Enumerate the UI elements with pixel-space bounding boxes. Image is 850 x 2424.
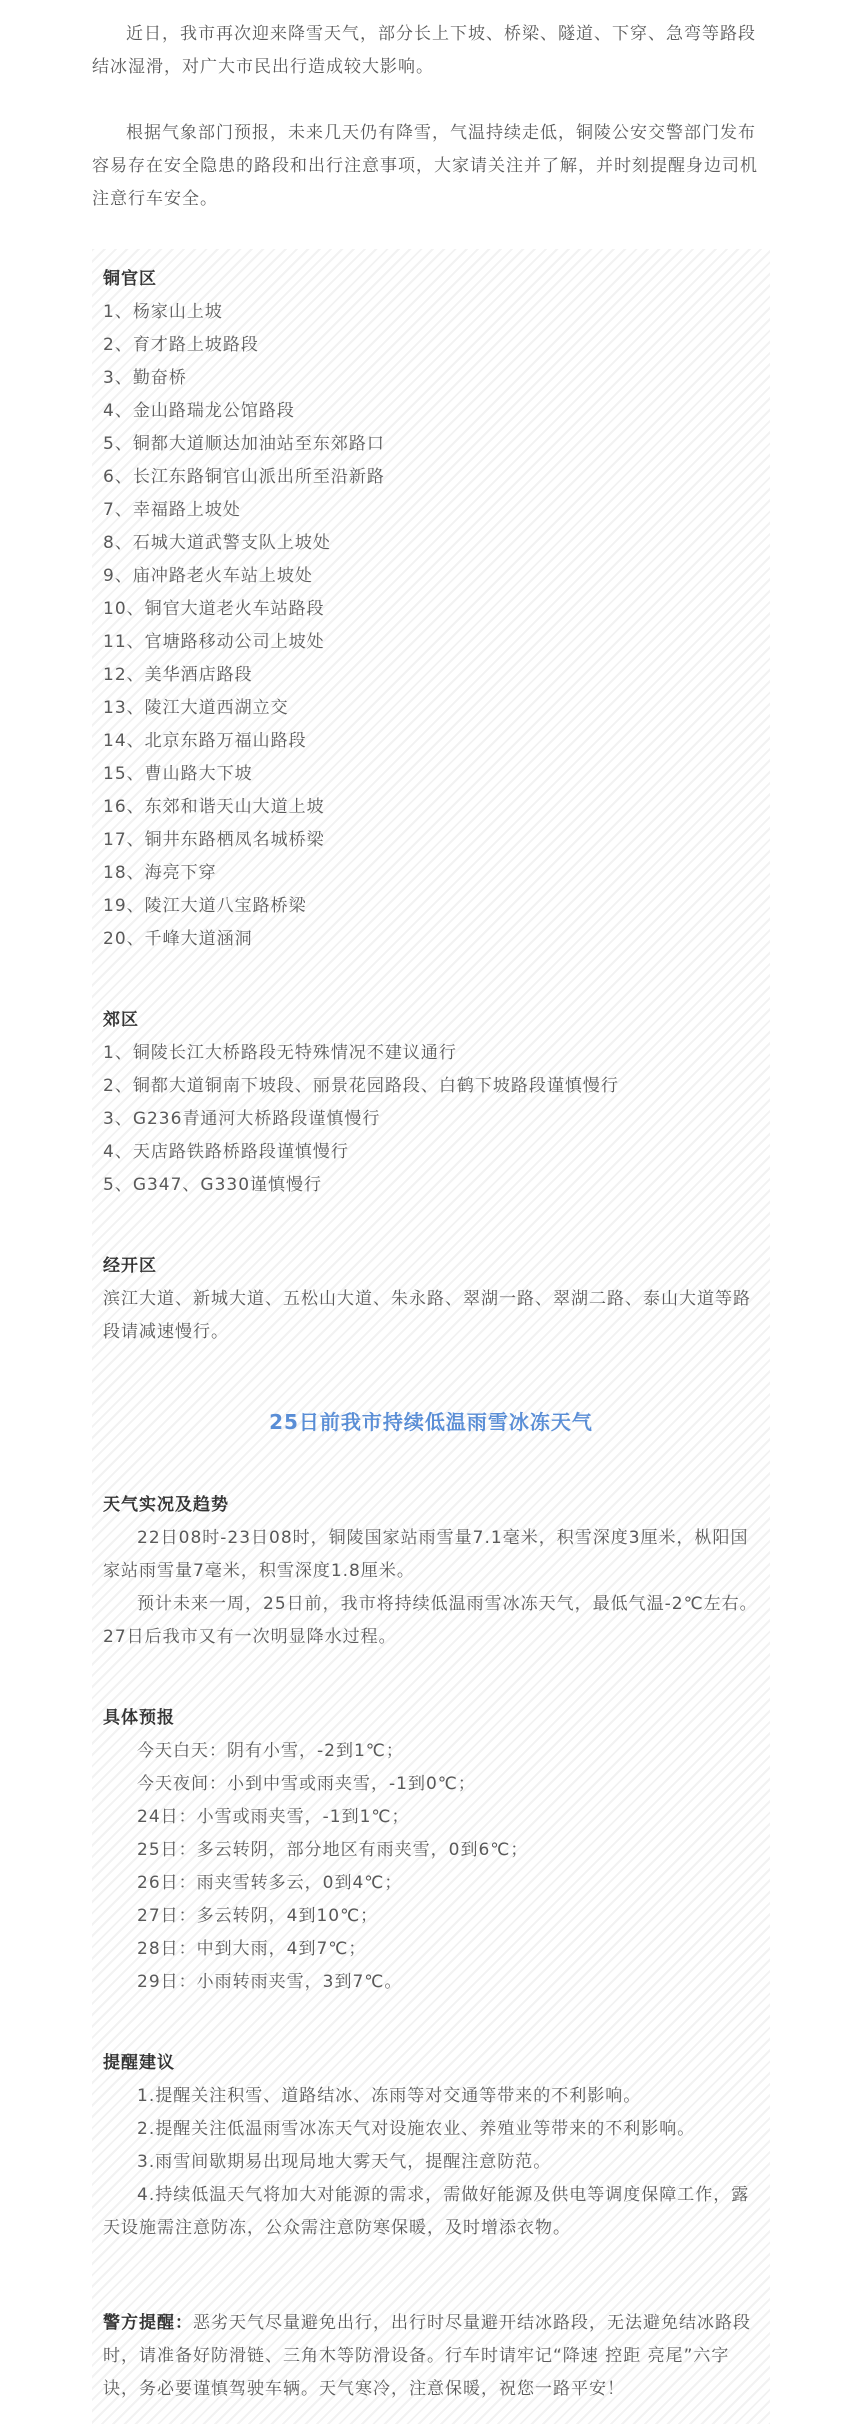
police-notice-text: 恶劣天气尽量避免出行，出行时尽量避开结冰路段，无法避免结冰路段时，请准备好防滑链…	[103, 2313, 751, 2399]
road-list-item: 5、G347、G330谨慎慢行	[103, 1169, 759, 1202]
forecast-line: 25日：多云转阴，部分地区有雨夹雪，0到6℃；	[103, 1834, 759, 1867]
road-list-item: 14、北京东路万福山路段	[103, 725, 759, 758]
section-title-suggestions: 提醒建议	[103, 2047, 759, 2080]
section-jingkai-district: 经开区 滨江大道、新城大道、五松山大道、朱永路、翠湖一路、翠湖二路、泰山大道等路…	[103, 1250, 759, 1349]
forecast-line: 27日：多云转阴，4到10℃；	[103, 1900, 759, 1933]
section-title-forecast: 具体预报	[103, 1702, 759, 1735]
section-title-tongguan: 铜官区	[103, 263, 759, 296]
road-list-item: 4、金山路瑞龙公馆路段	[103, 395, 759, 428]
road-list-item: 1、铜陵长江大桥路段无特殊情况不建议通行	[103, 1037, 759, 1070]
weather-status-paragraph-2: 预计未来一周，25日前，我市将持续低温雨雪冰冻天气，最低气温-2℃左右。27日后…	[103, 1588, 759, 1654]
section-title-jiaoqu: 郊区	[103, 1004, 759, 1037]
police-notice: 警方提醒：恶劣天气尽量避免出行，出行时尽量避开结冰路段，无法避免结冰路段时，请准…	[103, 2307, 759, 2406]
intro-paragraph-1: 近日，我市再次迎来降雪天气，部分长上下坡、桥梁、隧道、下穿、急弯等路段结冰湿滑，…	[92, 18, 770, 84]
road-list-item: 13、陵江大道西湖立交	[103, 692, 759, 725]
section-suburb-district: 郊区 1、铜陵长江大桥路段无特殊情况不建议通行 2、铜都大道铜南下坡段、丽景花园…	[103, 1004, 759, 1202]
road-list-item: 20、千峰大道涵洞	[103, 923, 759, 956]
road-list-item: 17、铜井东路栖凤名城桥梁	[103, 824, 759, 857]
suggestion-line: 1.提醒关注积雪、道路结冰、冻雨等对交通等带来的不利影响。	[103, 2080, 759, 2113]
section-title-jingkaiqu: 经开区	[103, 1250, 759, 1283]
section-weather-status: 天气实况及趋势 22日08时-23日08时，铜陵国家站雨雪量7.1毫米，积雪深度…	[103, 1489, 759, 1654]
forecast-line: 26日：雨夹雪转多云，0到4℃；	[103, 1867, 759, 1900]
weather-status-paragraph-1: 22日08时-23日08时，铜陵国家站雨雪量7.1毫米，积雪深度3厘米，枞阳国家…	[103, 1522, 759, 1588]
intro-paragraph-2: 根据气象部门预报，未来几天仍有降雪，气温持续走低，铜陵公安交警部门发布容易存在安…	[92, 117, 770, 216]
road-list-item: 6、长江东路铜官山派出所至沿新路	[103, 461, 759, 494]
section-suggestions: 提醒建议 1.提醒关注积雪、道路结冰、冻雨等对交通等带来的不利影响。 2.提醒关…	[103, 2047, 759, 2245]
jingkaiqu-paragraph: 滨江大道、新城大道、五松山大道、朱永路、翠湖一路、翠湖二路、泰山大道等路段请减速…	[103, 1283, 759, 1349]
road-list-item: 2、育才路上坡路段	[103, 329, 759, 362]
road-list-item: 12、美华酒店路段	[103, 659, 759, 692]
road-list-item: 9、庙冲路老火车站上坡处	[103, 560, 759, 593]
road-list-item: 19、陵江大道八宝路桥梁	[103, 890, 759, 923]
suggestion-line: 3.雨雪间歇期易出现局地大雾天气，提醒注意防范。	[103, 2146, 759, 2179]
road-list-item: 1、杨家山上坡	[103, 296, 759, 329]
road-list-item: 18、海亮下穿	[103, 857, 759, 890]
forecast-line: 今天白天：阴有小雪，-2到1℃；	[103, 1735, 759, 1768]
section-forecast: 具体预报 今天白天：阴有小雪，-2到1℃； 今天夜间：小到中雪或雨夹雪，-1到0…	[103, 1702, 759, 1999]
forecast-line: 29日：小雨转雨夹雪，3到7℃。	[103, 1966, 759, 1999]
forecast-line: 24日：小雪或雨夹雪，-1到1℃；	[103, 1801, 759, 1834]
police-notice-label: 警方提醒：	[103, 2313, 193, 2333]
road-list-item: 8、石城大道武警支队上坡处	[103, 527, 759, 560]
forecast-line: 28日：中到大雨，4到7℃；	[103, 1933, 759, 1966]
road-list-item: 15、曹山路大下坡	[103, 758, 759, 791]
weather-alert-heading: 25日前我市持续低温雨雪冰冻天气	[103, 1407, 759, 1437]
road-list-item: 2、铜都大道铜南下坡段、丽景花园路段、白鹤下坡路段谨慎慢行	[103, 1070, 759, 1103]
forecast-line: 今天夜间：小到中雪或雨夹雪，-1到0℃；	[103, 1768, 759, 1801]
suggestion-line: 4.持续低温天气将加大对能源的需求，需做好能源及供电等调度保障工作，露天设施需注…	[103, 2179, 759, 2245]
road-list-item: 5、铜都大道顺达加油站至东郊路口	[103, 428, 759, 461]
section-title-weather-status: 天气实况及趋势	[103, 1489, 759, 1522]
suggestion-line: 2.提醒关注低温雨雪冰冻天气对设施农业、养殖业等带来的不利影响。	[103, 2113, 759, 2146]
road-list-item: 7、幸福路上坡处	[103, 494, 759, 527]
road-list-item: 11、官塘路移动公司上坡处	[103, 626, 759, 659]
striped-info-panel: 铜官区 1、杨家山上坡 2、育才路上坡路段 3、勤奋桥 4、金山路瑞龙公馆路段 …	[92, 249, 770, 2424]
road-list-item: 16、东郊和谐天山大道上坡	[103, 791, 759, 824]
article-page: 近日，我市再次迎来降雪天气，部分长上下坡、桥梁、隧道、下穿、急弯等路段结冰湿滑，…	[0, 0, 850, 2424]
road-list-item: 4、天店路铁路桥路段谨慎慢行	[103, 1136, 759, 1169]
road-list-item: 3、G236青通河大桥路段谨慎慢行	[103, 1103, 759, 1136]
section-tongguan-district: 铜官区 1、杨家山上坡 2、育才路上坡路段 3、勤奋桥 4、金山路瑞龙公馆路段 …	[103, 263, 759, 956]
article-content: 近日，我市再次迎来降雪天气，部分长上下坡、桥梁、隧道、下穿、急弯等路段结冰湿滑，…	[92, 18, 770, 2424]
road-list-item: 10、铜官大道老火车站路段	[103, 593, 759, 626]
road-list-item: 3、勤奋桥	[103, 362, 759, 395]
